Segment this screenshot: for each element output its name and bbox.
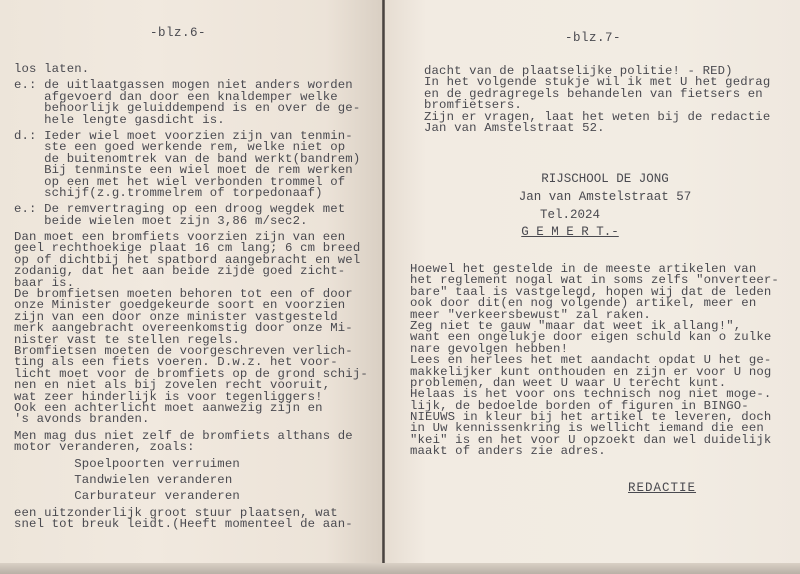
advert-name: RIJSCHOOL DE JONG [515, 172, 695, 186]
text-line: snel tot breuk leidt.(Heeft momenteel de… [14, 519, 368, 530]
advert-street: Jan van Amstelstraat 57 [515, 190, 695, 204]
text-line: los laten. [14, 64, 368, 75]
text-line: Tandwielen veranderen [14, 475, 368, 486]
text-line: motor veranderen, zoals: [14, 442, 368, 453]
advert-city: G E M E R T.- [515, 225, 625, 239]
page-number-right: -blz.7- [565, 31, 621, 45]
text-line: schijf(z.g.trommelrem of torpedonaaf) [14, 188, 368, 199]
left-page: -blz.6- los laten.e.: de uitlaatgassen m… [0, 0, 383, 574]
right-page: -blz.7- dacht van de plaatselijke politi… [385, 0, 800, 574]
page-bottom-edge [0, 563, 800, 574]
text-line: Jan van Amstelstraat 52. [424, 123, 770, 134]
right-page-body-text: Hoewel het gestelde in de meeste artikel… [410, 264, 779, 458]
page-number-left: -blz.6- [150, 26, 206, 40]
left-page-text: los laten.e.: de uitlaatgassen mogen nie… [14, 64, 368, 530]
text-line: Spoelpoorten verruimen [14, 459, 368, 470]
text-line: maakt of anders zie adres. [410, 446, 779, 457]
text-line: Carburateur veranderen [14, 491, 368, 502]
advert-phone: Tel.2024 [515, 208, 625, 222]
text-line: 's avonds branden. [14, 414, 368, 425]
signature-redactie: REDACTIE [628, 481, 696, 495]
text-line: beide wielen moet zijn 3,86 m/sec2. [14, 216, 368, 227]
text-line: hele lengte gasdicht is. [14, 115, 368, 126]
right-page-intro-text: dacht van de plaatselijke politie! - RED… [424, 66, 770, 134]
